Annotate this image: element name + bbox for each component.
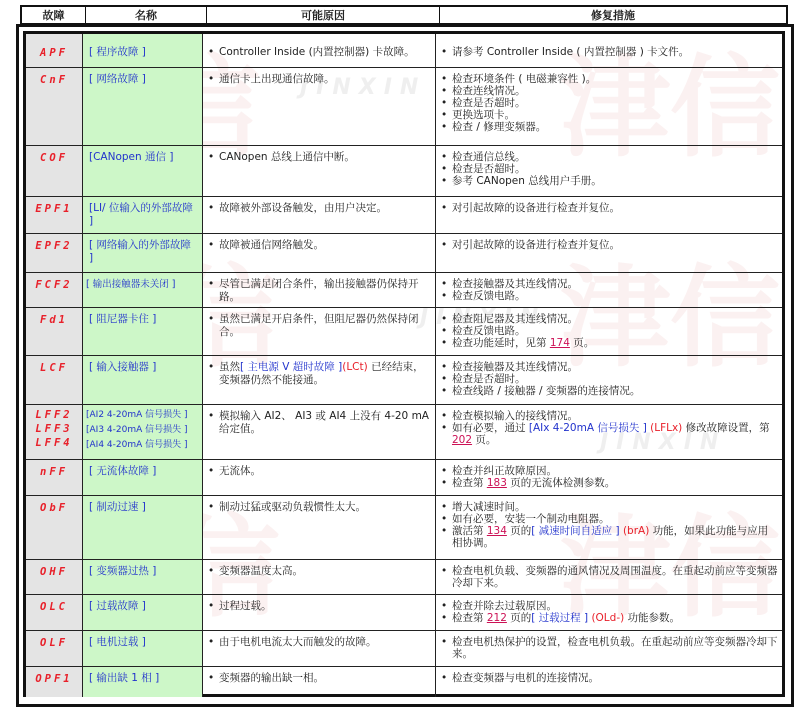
cause-item: 由于电机电流太大而触发的故障。 [207,636,431,649]
fault-name[interactable]: [ 无流体故障 ] [83,460,203,495]
fault-remedy: 检查电机热保护的设置，检查电机负载。在重起动前应等变频器冷却下来。 [436,631,782,666]
remedy-item: 检查线路 / 接触器 / 变频器的连接情况。 [440,385,778,397]
remedy-text: 检查第 [452,477,487,489]
cause-item: Controller Inside (内置控制器) 卡故障。 [207,46,431,59]
fault-remedy: 检查并除去过载原因。 检查第 212 页的[ 过载过程 ] (OLd-) 功能参… [436,595,782,630]
fault-code: OPF1 [26,667,83,697]
remedy-item: 检查 / 修理变频器。 [440,121,778,133]
fault-cause: 虽然[ 主电源 V 超时故障 ](LCt) 已经结束，变频器仍然不能接通。 [203,356,436,404]
table-header: 故障 名称 可能原因 修复措施 [20,5,788,25]
remedy-item: 检查并除去过载原因。 [440,600,778,612]
remedy-item: 检查阻尼器及其连线情况。 [440,313,778,325]
fault-remedy: 请参考 Controller Inside ( 内置控制器 ) 卡文件。 [436,34,782,67]
remedy-item: 检查反馈电路。 [440,325,778,337]
table-row: LCF [ 输入接触器 ] 虽然[ 主电源 V 超时故障 ](LCt) 已经结束… [26,356,782,405]
param-code: (LFLx) [647,422,682,434]
fault-name-line[interactable]: [AI2 4-20mA 信号损失 ] [86,408,198,423]
fault-remedy: 检查阻尼器及其连线情况。 检查反馈电路。 检查功能延时，见第 174 页。 [436,308,782,355]
remedy-text: 检查功能延时，见第 [452,337,550,349]
table-row: nFF [ 无流体故障 ] 无流体。 检查并纠正故障原因。 检查第 183 页的… [26,460,782,496]
fault-name[interactable]: [LI/ 位输入的外部故障 ] [83,197,203,233]
fault-name[interactable]: [CANopen 通信 ] [83,146,203,196]
fault-code: OLF [26,631,83,666]
fault-name[interactable]: [AI2 4-20mA 信号损失 ] [AI3 4-20mA 信号损失 ] [A… [83,405,203,459]
table-row: OHF [ 变频器过热 ] 变频器温度太高。 检查电机负载、变频器的通风情况及周… [26,560,782,595]
fault-remedy: 对引起故障的设备进行检查并复位。 [436,197,782,233]
fault-table: APF [ 程序故障 ] Controller Inside (内置控制器) 卡… [26,34,782,697]
fault-cause: 制动过猛或驱动负载惯性太大。 [203,496,436,559]
fault-code: OLC [26,595,83,630]
remedy-item: 如有必要，通过 [AIx 4-20mA 信号损失 ] (LFLx) 修改故障设置… [440,422,778,446]
remedy-item: 检查并纠正故障原因。 [440,465,778,477]
table-row: LFF2 LFF3 LFF4 [AI2 4-20mA 信号损失 ] [AI3 4… [26,405,782,460]
fault-code: nFF [26,460,83,495]
fault-cause: 变频器温度太高。 [203,560,436,594]
param-name: [ 减速时间自适应 ] [531,525,619,537]
fault-name[interactable]: [ 输出缺 1 相 ] [83,667,203,697]
remedy-item: 增大减速时间。 [440,501,778,513]
header-code: 故障 [22,7,86,23]
fault-remedy: 检查接触器及其连线情况。 检查是否超时。 检查线路 / 接触器 / 变频器的连接… [436,356,782,404]
fault-remedy: 检查变频器与电机的连接情况。 [436,667,782,697]
param-name: [ 过载过程 ] [531,612,588,624]
fault-remedy: 检查接触器及其连线情况。 检查反馈电路。 [436,273,782,307]
remedy-item: 检查反馈电路。 [440,290,778,302]
cause-item: 变频器的输出缺一相。 [207,672,431,685]
page-link[interactable]: 212 [487,612,507,624]
remedy-item: 检查是否超时。 [440,373,778,385]
param-code: (LCt) [342,361,368,373]
fault-name[interactable]: [ 输出接触器未关闭 ] [83,273,203,307]
table-row: OPF1 [ 输出缺 1 相 ] 变频器的输出缺一相。 检查变频器与电机的连接情… [26,667,782,697]
fault-name[interactable]: [ 程序故障 ] [83,34,203,67]
remedy-item: 更换选项卡。 [440,109,778,121]
fault-remedy: 检查并纠正故障原因。 检查第 183 页的无流体检测参数。 [436,460,782,495]
cause-item: 虽然已满足开启条件，但阻尼器仍然保持闭合。 [207,313,431,339]
fault-cause: 虽然已满足开启条件，但阻尼器仍然保持闭合。 [203,308,436,355]
fault-cause: 无流体。 [203,460,436,495]
fault-cause: 故障被通信网络触发。 [203,234,436,272]
remedy-item: 对引起故障的设备进行检查并复位。 [440,239,778,251]
fault-code: OHF [26,560,83,594]
fault-code: FCF2 [26,273,83,307]
fault-code: COF [26,146,83,196]
table-row: EPF1 [LI/ 位输入的外部故障 ] 故障被外部设备触发，由用户决定。 对引… [26,197,782,234]
fault-name[interactable]: [ 网络故障 ] [83,68,203,145]
fault-remedy: 增大减速时间。 如有必要，安装一个制动电阻器。 激活第 134 页的[ 减速时间… [436,496,782,559]
remedy-text: 页的 [507,525,531,537]
table-row: FCF2 [ 输出接触器未关闭 ] 尽管已满足闭合条件，输出接触器仍保持开路。 … [26,273,782,308]
remedy-text: 页的 [507,612,531,624]
remedy-item: 检查连线情况。 [440,85,778,97]
fault-code: EPF2 [26,234,83,272]
remedy-text: 页。 [570,337,594,349]
param-code: (OLd-) [588,612,624,624]
header-name: 名称 [86,7,207,23]
fault-code: Fd1 [26,308,83,355]
remedy-item: 参考 CANopen 总线用户手册。 [440,175,778,187]
remedy-item: 如有必要，安装一个制动电阻器。 [440,513,778,525]
fault-code: CnF [26,68,83,145]
fault-cause: 故障被外部设备触发，由用户决定。 [203,197,436,233]
table-row: CnF [ 网络故障 ] 通信卡上出现通信故障。 检查环境条件 ( 电磁兼容性 … [26,68,782,146]
table-row: EPF2 [ 网络输入的外部故障 ] 故障被通信网络触发。 对引起故障的设备进行… [26,234,782,273]
fault-code: ObF [26,496,83,559]
remedy-item: 检查是否超时。 [440,97,778,109]
fault-remedy: 对引起故障的设备进行检查并复位。 [436,234,782,272]
header-remedy: 修复措施 [440,7,786,23]
cause-item: 故障被通信网络触发。 [207,239,431,252]
cause-item: 虽然[ 主电源 V 超时故障 ](LCt) 已经结束，变频器仍然不能接通。 [207,361,431,387]
fault-cause: 变频器的输出缺一相。 [203,667,436,697]
table-row: OLF [ 电机过载 ] 由于电机电流太大而触发的故障。 检查电机热保护的设置，… [26,631,782,667]
header-cause: 可能原因 [207,7,440,23]
remedy-item: 检查接触器及其连线情况。 [440,278,778,290]
remedy-text: 功能参数。 [624,612,680,624]
fault-name[interactable]: [ 过载故障 ] [83,595,203,630]
remedy-text: 修改故障设置，第 [682,422,769,434]
remedy-text: 激活第 [452,525,487,537]
fault-name-line[interactable]: [AI3 4-20mA 信号损失 ] [86,423,198,438]
page-link[interactable]: 174 [550,337,570,349]
fault-name[interactable]: [ 输入接触器 ] [83,356,203,404]
remedy-item: 检查电机负载、变频器的通风情况及周围温度。在重起动前应等变频器冷却下来。 [440,565,778,589]
cause-item: 通信卡上出现通信故障。 [207,73,431,86]
remedy-item: 检查接触器及其连线情况。 [440,361,778,373]
remedy-item: 检查功能延时，见第 174 页。 [440,337,778,349]
cause-item: 故障被外部设备触发，由用户决定。 [207,202,431,215]
remedy-text: 页的无流体检测参数。 [507,477,615,489]
remedy-item: 检查变频器与电机的连接情况。 [440,672,778,684]
fault-cause: 尽管已满足闭合条件，输出接触器仍保持开路。 [203,273,436,307]
fault-remedy: 检查通信总线。 检查是否超时。 参考 CANopen 总线用户手册。 [436,146,782,196]
remedy-item: 检查是否超时。 [440,163,778,175]
fault-name[interactable]: [ 电机过载 ] [83,631,203,666]
cause-item: 变频器温度太高。 [207,565,431,578]
fault-name[interactable]: [ 阻尼器卡住 ] [83,308,203,355]
fault-remedy: 检查模拟输入的接线情况。 如有必要，通过 [AIx 4-20mA 信号损失 ] … [436,405,782,459]
remedy-item: 检查环境条件 ( 电磁兼容性 )。 [440,73,778,85]
fault-code: APF [26,34,83,67]
remedy-item: 对引起故障的设备进行检查并复位。 [440,202,778,214]
fault-cause: 过程过载。 [203,595,436,630]
cause-item: CANopen 总线上通信中断。 [207,151,431,164]
remedy-text: 页。 [472,434,496,446]
remedy-item: 检查通信总线。 [440,151,778,163]
fault-cause: 通信卡上出现通信故障。 [203,68,436,145]
fault-cause: 模拟输入 AI2、 AI3 或 AI4 上没有 4-20 mA 给定值。 [203,405,436,459]
table-row: Fd1 [ 阻尼器卡住 ] 虽然已满足开启条件，但阻尼器仍然保持闭合。 检查阻尼… [26,308,782,356]
fault-code: LCF [26,356,83,404]
fault-cause: CANopen 总线上通信中断。 [203,146,436,196]
table-row: APF [ 程序故障 ] Controller Inside (内置控制器) 卡… [26,34,782,68]
table-row: OLC [ 过载故障 ] 过程过载。 检查并除去过载原因。 检查第 212 页的… [26,595,782,631]
fault-remedy: 检查环境条件 ( 电磁兼容性 )。 检查连线情况。 检查是否超时。 更换选项卡。… [436,68,782,145]
table-row: ObF [ 制动过速 ] 制动过猛或驱动负载惯性太大。 增大减速时间。 如有必要… [26,496,782,560]
param-name: [AIx 4-20mA 信号损失 ] [529,422,647,434]
cause-item: 过程过载。 [207,600,431,613]
param-name: [ 主电源 V 超时故障 ] [240,361,342,373]
cause-item: 尽管已满足闭合条件，输出接触器仍保持开路。 [207,278,431,304]
remedy-item: 请参考 Controller Inside ( 内置控制器 ) 卡文件。 [440,46,778,58]
cause-item: 无流体。 [207,465,431,478]
fault-name[interactable]: [ 制动过速 ] [83,496,203,559]
remedy-item: 检查第 183 页的无流体检测参数。 [440,477,778,489]
fault-cause: 由于电机电流太大而触发的故障。 [203,631,436,666]
param-code: (brA) [620,525,650,537]
cause-item: 模拟输入 AI2、 AI3 或 AI4 上没有 4-20 mA 给定值。 [207,410,431,436]
cause-item: 制动过猛或驱动负载惯性太大。 [207,501,431,514]
remedy-item: 检查第 212 页的[ 过载过程 ] (OLd-) 功能参数。 [440,612,778,624]
fault-code: EPF1 [26,197,83,233]
fault-cause: Controller Inside (内置控制器) 卡故障。 [203,34,436,67]
fault-name[interactable]: [ 网络输入的外部故障 ] [83,234,203,272]
remedy-item: 检查电机热保护的设置，检查电机负载。在重起动前应等变频器冷却下来。 [440,636,778,660]
remedy-text: 如有必要，通过 [452,422,529,434]
fault-code: LFF2 LFF3 LFF4 [26,405,83,459]
cause-text: 虽然 [219,361,240,373]
remedy-text: 检查第 [452,612,487,624]
page-link[interactable]: 202 [452,434,472,446]
page-link[interactable]: 134 [487,525,507,537]
fault-remedy: 检查电机负载、变频器的通风情况及周围温度。在重起动前应等变频器冷却下来。 [436,560,782,594]
table-row: COF [CANopen 通信 ] CANopen 总线上通信中断。 检查通信总… [26,146,782,197]
page-link[interactable]: 183 [487,477,507,489]
remedy-item: 激活第 134 页的[ 减速时间自适应 ] (brA) 功能，如果此功能与应用相… [440,525,778,549]
remedy-item: 检查模拟输入的接线情况。 [440,410,778,422]
fault-name-line[interactable]: [AI4 4-20mA 信号损失 ] [86,438,198,453]
fault-name[interactable]: [ 变频器过热 ] [83,560,203,594]
